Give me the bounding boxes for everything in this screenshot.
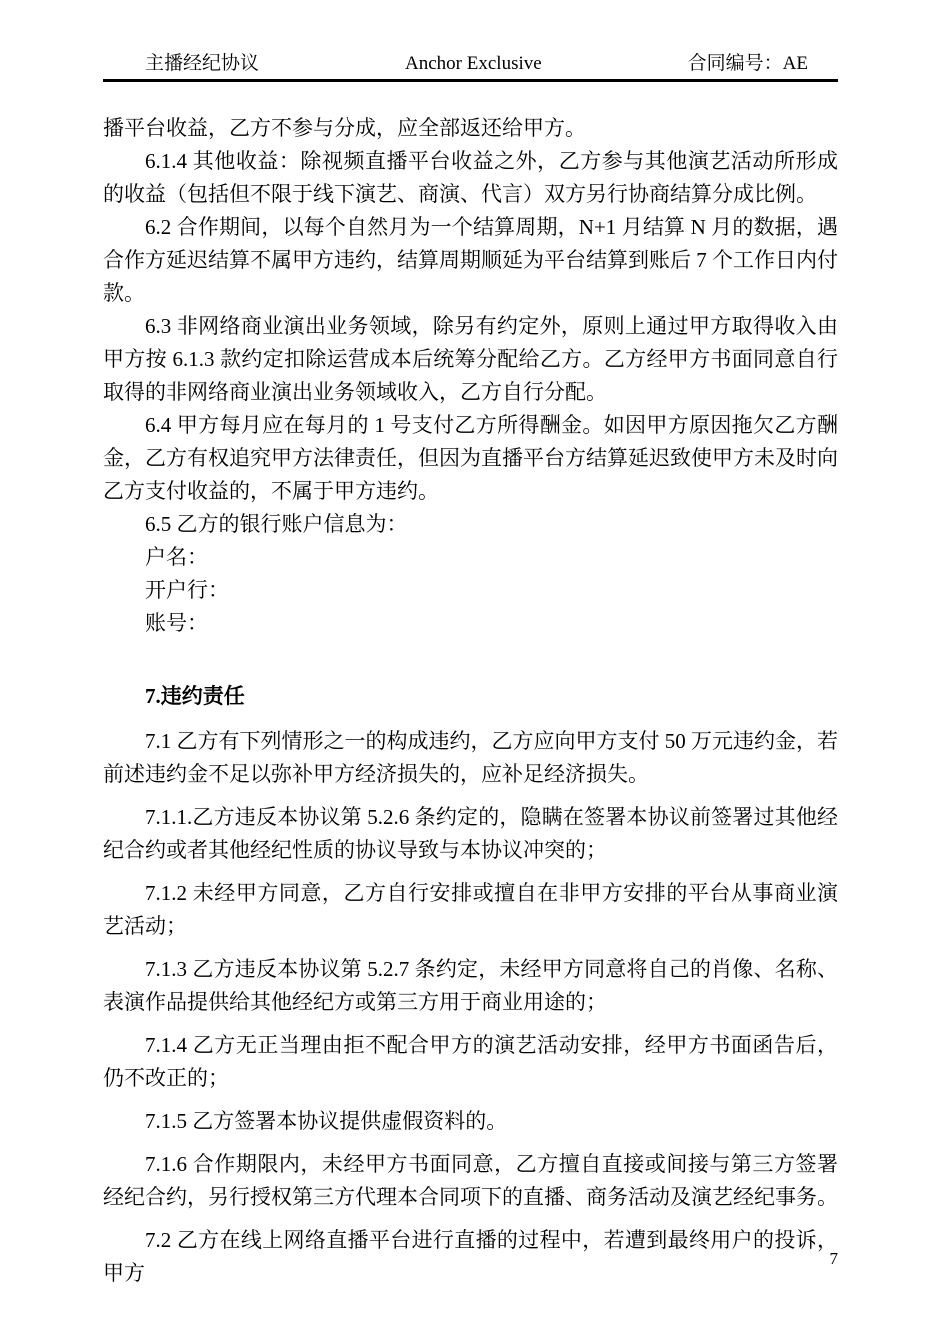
paragraph: 7.2 乙方在线上网络直播平台进行直播的过程中，若遭到最终用户的投诉，甲方 [103, 1224, 838, 1290]
paragraph: 播平台收益，乙方不参与分成，应全部返还给甲方。 [103, 112, 838, 145]
paragraph: 7.1.5 乙方签署本协议提供虚假资料的。 [103, 1105, 838, 1138]
paragraph: 6.3 非网络商业演出业务领域，除另有约定外，原则上通过甲方取得收入由甲方按 6… [103, 310, 838, 409]
section-heading: 7.违约责任 [103, 680, 838, 713]
paragraph: 6.5 乙方的银行账户信息为： [103, 508, 838, 541]
paragraph: 7.1 乙方有下列情形之一的构成违约，乙方应向甲方支付 50 万元违约金，若前述… [103, 725, 838, 791]
paragraph: 户名： [103, 541, 838, 574]
document-body: 播平台收益，乙方不参与分成，应全部返还给甲方。6.1.4 其他收益：除视频直播平… [103, 112, 838, 1290]
header-contract-number: 合同编号：AE [688, 52, 838, 76]
paragraph: 7.1.6 合作期限内，未经甲方书面同意，乙方擅自直接或间接与第三方签署经纪合约… [103, 1148, 838, 1214]
paragraph: 7.1.4 乙方无正当理由拒不配合甲方的演艺活动安排，经甲方书面函告后，仍不改正… [103, 1029, 838, 1095]
paragraph: 开户行： [103, 574, 838, 607]
document-page: 主播经纪协议 Anchor Exclusive 合同编号：AE 播平台收益，乙方… [0, 0, 950, 1344]
page-header: 主播经纪协议 Anchor Exclusive 合同编号：AE [103, 52, 838, 76]
paragraph: 账号： [103, 607, 838, 640]
page-number: 7 [830, 1248, 839, 1270]
header-doc-subtitle: Anchor Exclusive [405, 52, 542, 76]
header-doc-title: 主播经纪协议 [103, 52, 259, 76]
paragraph: 7.1.1.乙方违反本协议第 5.2.6 条约定的，隐瞒在签署本协议前签署过其他… [103, 801, 838, 867]
paragraph: 6.1.4 其他收益：除视频直播平台收益之外，乙方参与其他演艺活动所形成的收益（… [103, 145, 838, 211]
header-rule [103, 79, 838, 82]
paragraph: 7.1.2 未经甲方同意，乙方自行安排或擅自在非甲方安排的平台从事商业演艺活动； [103, 877, 838, 943]
paragraph: 6.2 合作期间，以每个自然月为一个结算周期，N+1 月结算 N 月的数据，遇合… [103, 211, 838, 310]
paragraph: 7.1.3 乙方违反本协议第 5.2.7 条约定，未经甲方同意将自己的肖像、名称… [103, 953, 838, 1019]
paragraph: 6.4 甲方每月应在每月的 1 号支付乙方所得酬金。如因甲方原因拖欠乙方酬金，乙… [103, 409, 838, 508]
